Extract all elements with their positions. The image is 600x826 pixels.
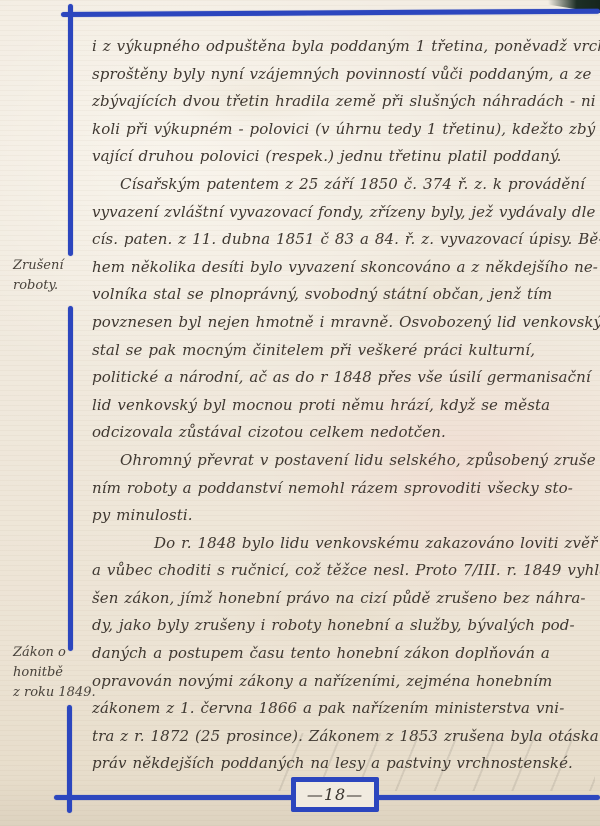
handwritten-line: cís. paten. z 11. dubna 1851 č 83 a 84. … bbox=[92, 226, 592, 254]
frame-top-line bbox=[61, 9, 600, 17]
handwritten-line: hem několika desíti bylo vyvazení skonco… bbox=[92, 254, 592, 282]
margin-note-line: Zrušení bbox=[13, 256, 95, 276]
handwritten-line: zákonem z 1. června 1866 a pak nařízením… bbox=[92, 695, 592, 723]
handwritten-line: dy, jako byly zrušeny i roboty honební a… bbox=[92, 612, 592, 640]
handwritten-line: povznesen byl nejen hmotně i mravně. Osv… bbox=[92, 309, 592, 337]
page-number-box: —18— bbox=[291, 777, 379, 812]
handwritten-line: koli při výkupném - polovici (v úhrnu te… bbox=[92, 116, 592, 144]
handwritten-line: šen zákon, jímž honební právo na cizí pů… bbox=[92, 585, 592, 613]
frame-left-line-segment-1 bbox=[68, 4, 73, 256]
margin-note-line: z roku 1849. bbox=[13, 683, 95, 703]
handwritten-line: stal se pak mocným činitelem při veškeré… bbox=[92, 337, 592, 365]
handwritten-line: Císařským patentem z 25 září 1850 č. 374… bbox=[92, 171, 592, 199]
handwritten-line: daných a postupem času tento honební zák… bbox=[92, 640, 592, 668]
margin-note-zakon-o-honitbe: Zákon o honitbě z roku 1849. bbox=[13, 643, 95, 703]
handwritten-line: volníka stal se plnoprávný, svobodný stá… bbox=[92, 281, 592, 309]
handwritten-line: vající druhou polovici (respek.) jednu t… bbox=[92, 143, 592, 171]
manuscript-page: Zrušení roboty. Zákon o honitbě z roku 1… bbox=[0, 0, 600, 826]
body-text: i z výkupného odpuštěna byla poddaným 1 … bbox=[92, 33, 592, 778]
handwritten-line: práv někdejších poddaných na lesy a past… bbox=[92, 750, 592, 778]
margin-note-line: honitbě bbox=[13, 663, 95, 683]
frame-left-line-segment-2 bbox=[68, 306, 73, 651]
margin-note-line: Zákon o bbox=[13, 643, 95, 663]
handwritten-line: odcizovala zůstával cizotou celkem nedot… bbox=[92, 419, 592, 447]
handwritten-line: vyvazení zvláštní vyvazovací fondy, zříz… bbox=[92, 199, 592, 227]
handwritten-line: Ohromný převrat v postavení lidu selskéh… bbox=[92, 447, 592, 475]
handwritten-line: politické a národní, ač as do r 1848 pře… bbox=[92, 364, 592, 392]
page-number: —18— bbox=[307, 785, 363, 804]
handwritten-line: py minulosti. bbox=[92, 502, 592, 530]
handwritten-line: opravován novými zákony a nařízeními, ze… bbox=[92, 668, 592, 696]
margin-note-line: roboty. bbox=[13, 276, 95, 296]
handwritten-line: zbývajících dvou třetin hradila země při… bbox=[92, 88, 592, 116]
handwritten-line: ním roboty a poddanství nemohl rázem spr… bbox=[92, 475, 592, 503]
handwritten-line: a vůbec choditi s ručnicí, což těžce nes… bbox=[92, 557, 592, 585]
handwritten-line: i z výkupného odpuštěna byla poddaným 1 … bbox=[92, 33, 592, 61]
margin-note-zruseni-roboty: Zrušení roboty. bbox=[13, 256, 95, 296]
handwritten-line: lid venkovský byl mocnou proti němu hráz… bbox=[92, 392, 592, 420]
handwritten-line: sproštěny byly nyní vzájemných povinnost… bbox=[92, 61, 592, 89]
handwritten-line: Do r. 1848 bylo lidu venkovskému zakazov… bbox=[92, 530, 592, 558]
handwritten-line: tra z r. 1872 (25 prosince). Zákonem z 1… bbox=[92, 723, 592, 751]
